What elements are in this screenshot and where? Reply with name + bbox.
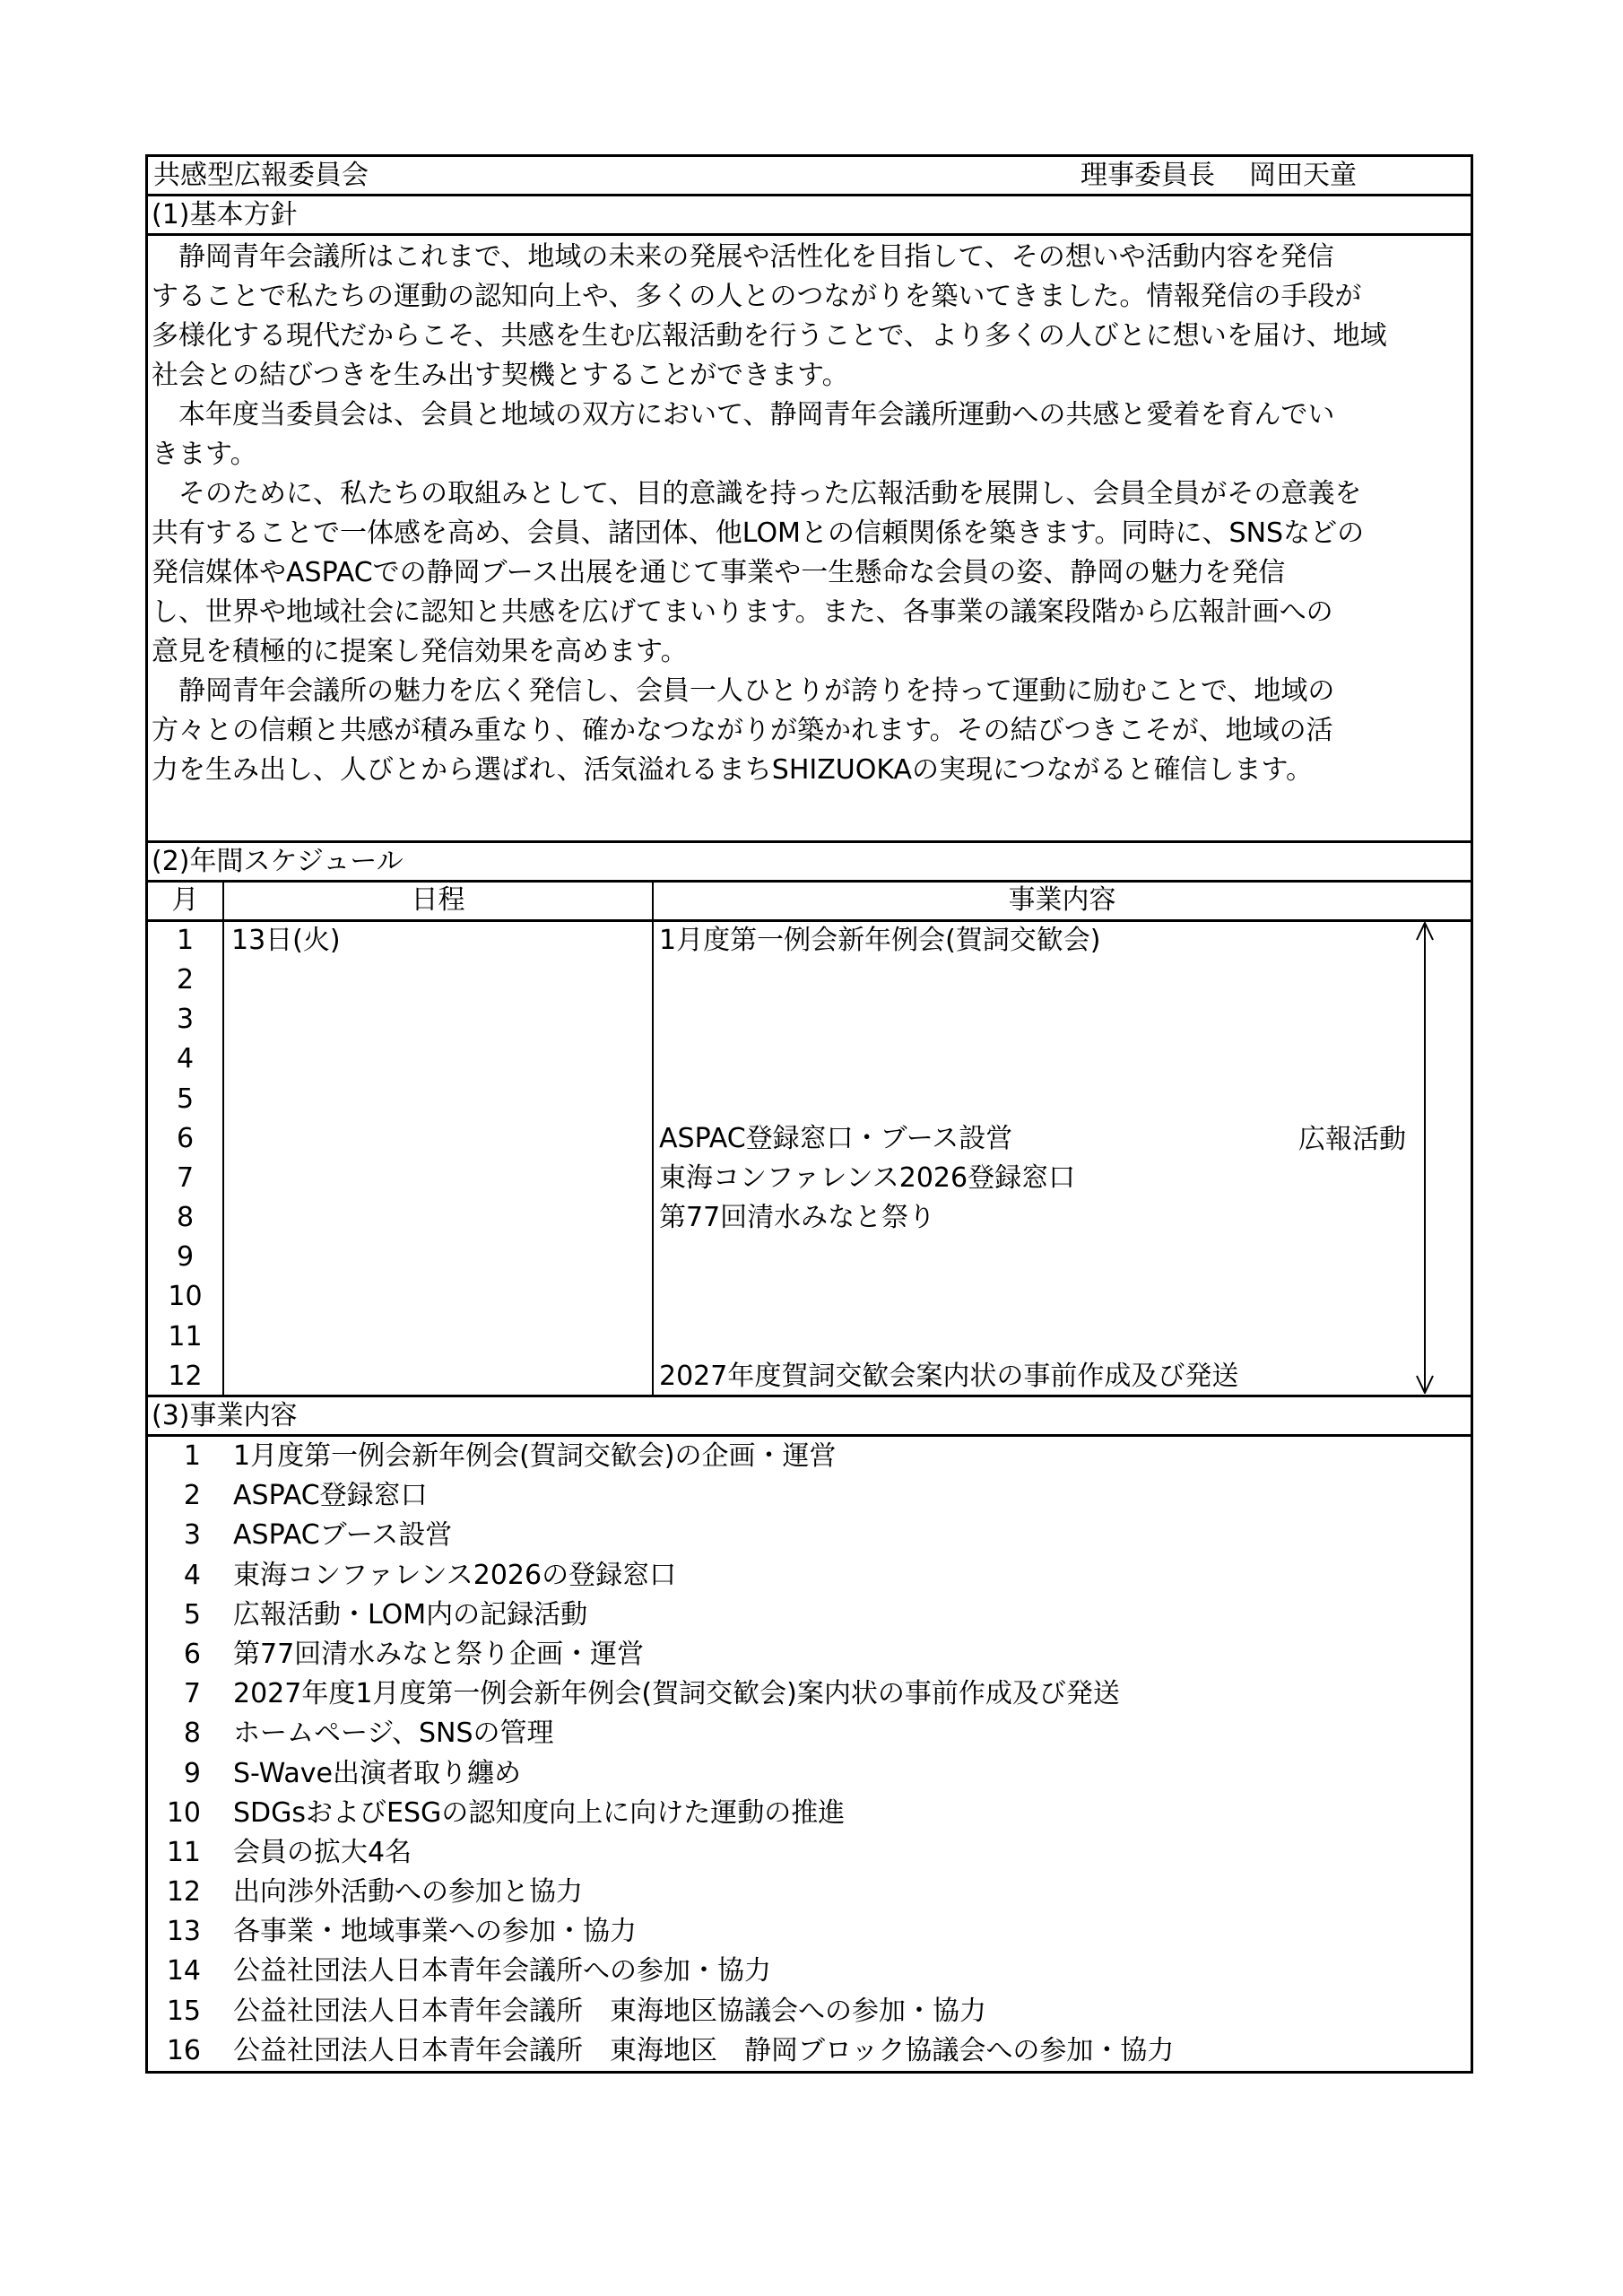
policy-line: し、世界や地域社会に認知と共感を広げてまいります。また、各事業の議案段階から広報… bbox=[152, 593, 1467, 632]
month-cell: 1 bbox=[148, 922, 222, 961]
list-item-text: 出向渉外活動への参加と協力 bbox=[201, 1874, 583, 1913]
policy-line: 方々との信頼と共感が積み重なり、確かなつながりが築かれます。その結びつきこそが、… bbox=[152, 711, 1467, 751]
list-item: 15公益社団法人日本青年会議所 東海地区協議会への参加・協力 bbox=[148, 1993, 1471, 2032]
list-item-number: 2 bbox=[148, 1477, 201, 1517]
policy-line: 静岡青年会議所の魅力を広く発信し、会員一人ひとりが誇りを持って運動に励むことで、… bbox=[152, 672, 1467, 711]
date-cell bbox=[224, 1040, 652, 1080]
pr-activity-span-label: 広報活動 bbox=[1298, 1121, 1406, 1159]
list-item-number: 6 bbox=[148, 1636, 201, 1675]
list-item: 2ASPAC登録窓口 bbox=[148, 1477, 1471, 1517]
month-cell: 8 bbox=[148, 1199, 222, 1239]
schedule-heading-label: (2)年間スケジュール bbox=[152, 844, 404, 880]
list-item-number: 1 bbox=[148, 1438, 201, 1477]
list-item: 13各事業・地域事業への参加・協力 bbox=[148, 1913, 1471, 1952]
policy-line: 力を生み出し、人びとから選ばれ、活気溢れるまちSHIZUOKAの実現につながると… bbox=[152, 751, 1467, 790]
content-cell bbox=[654, 1001, 1471, 1040]
chair-role: 理事委員長 bbox=[1081, 158, 1215, 194]
policy-line: 本年度当委員会は、会員と地域の双方において、静岡青年会議所運動への共感と愛着を育… bbox=[152, 396, 1467, 435]
content-column: 1月度第一例会新年例会(賀詞交歓会) ASPAC登録窓口・ブース設営 東海コンフ… bbox=[654, 922, 1471, 1395]
content-cell: 2027年度賀詞交歓会案内状の事前作成及び発送 bbox=[654, 1358, 1471, 1397]
plan-sheet: 共感型広報委員会 理事委員長 岡田天童 (1)基本方針 静岡青年会議所はこれまで… bbox=[145, 154, 1473, 2074]
schedule-table-body: 1 2 3 4 5 6 7 8 9 10 11 12 13日(火) bbox=[148, 922, 1471, 1397]
list-item-number: 16 bbox=[148, 2032, 201, 2072]
list-item: 6第77回清水みなと祭り企画・運営 bbox=[148, 1636, 1471, 1675]
list-item: 12出向渉外活動への参加と協力 bbox=[148, 1874, 1471, 1913]
list-item-text: 第77回清水みなと祭り企画・運営 bbox=[201, 1636, 644, 1675]
list-item-number: 15 bbox=[148, 1993, 201, 2032]
list-item-text: 2027年度1月度第一例会新年例会(賀詞交歓会)案内状の事前作成及び発送 bbox=[201, 1675, 1120, 1715]
date-cell bbox=[224, 1199, 652, 1239]
list-item-number: 14 bbox=[148, 1952, 201, 1992]
date-cell: 13日(火) bbox=[224, 922, 652, 961]
content-cell bbox=[654, 1040, 1471, 1080]
policy-line: することで私たちの運動の認知向上や、多くの人とのつながりを築いてきました。情報発… bbox=[152, 277, 1467, 317]
list-item-text: 各事業・地域事業への参加・協力 bbox=[201, 1913, 637, 1952]
content-cell: 東海コンファレンス2026登録窓口 bbox=[654, 1160, 1471, 1199]
list-item-text: 公益社団法人日本青年会議所への参加・協力 bbox=[201, 1952, 771, 1992]
chair-name: 岡田天童 bbox=[1249, 158, 1357, 194]
schedule-column-headers: 月 日程 事業内容 bbox=[148, 883, 1471, 922]
date-cell bbox=[224, 1120, 652, 1160]
list-item-number: 13 bbox=[148, 1913, 201, 1952]
policy-line: 発信媒体やASPACでの静岡ブース出展を通じて事業や一生懸命な会員の姿、静岡の魅… bbox=[152, 553, 1467, 593]
list-item-number: 4 bbox=[148, 1557, 201, 1596]
list-item: 3ASPACブース設営 bbox=[148, 1517, 1471, 1556]
content-cell: 第77回清水みなと祭り bbox=[654, 1199, 1471, 1239]
list-item: 11会員の拡大4名 bbox=[148, 1834, 1471, 1874]
projects-heading-label: (3)事業内容 bbox=[152, 1398, 298, 1434]
list-item-number: 7 bbox=[148, 1675, 201, 1715]
list-item: 10SDGsおよびESGの認知度向上に向けた運動の推進 bbox=[148, 1795, 1471, 1834]
month-cell: 5 bbox=[148, 1081, 222, 1120]
month-cell: 3 bbox=[148, 1001, 222, 1040]
schedule-heading: (2)年間スケジュール bbox=[148, 843, 1471, 883]
policy-line: きます。 bbox=[152, 435, 1467, 474]
list-item-number: 9 bbox=[148, 1755, 201, 1795]
date-cell bbox=[224, 1358, 652, 1397]
date-cell bbox=[224, 1160, 652, 1199]
list-item-text: 1月度第一例会新年例会(賀詞交歓会)の企画・運営 bbox=[201, 1438, 837, 1477]
list-item-text: 会員の拡大4名 bbox=[201, 1834, 412, 1874]
policy-heading-label: (1)基本方針 bbox=[152, 197, 298, 233]
list-item-text: S-Wave出演者取り纏め bbox=[201, 1755, 521, 1795]
column-header-date: 日程 bbox=[224, 883, 654, 919]
list-item-number: 5 bbox=[148, 1596, 201, 1636]
list-item-number: 10 bbox=[148, 1795, 201, 1834]
policy-line: 共有することで一体感を高め、会員、諸団体、他LOMとの信頼関係を築きます。同時に… bbox=[152, 514, 1467, 553]
column-header-month: 月 bbox=[148, 883, 224, 919]
month-cell: 9 bbox=[148, 1239, 222, 1278]
list-item: 72027年度1月度第一例会新年例会(賀詞交歓会)案内状の事前作成及び発送 bbox=[148, 1675, 1471, 1715]
list-item-text: ホームページ、SNSの管理 bbox=[201, 1715, 554, 1754]
list-item-text: 広報活動・LOM内の記録活動 bbox=[201, 1596, 587, 1636]
month-cell: 2 bbox=[148, 961, 222, 1001]
month-cell: 7 bbox=[148, 1160, 222, 1199]
list-item-number: 3 bbox=[148, 1517, 201, 1556]
month-cell: 12 bbox=[148, 1358, 222, 1397]
list-item: 14公益社団法人日本青年会議所への参加・協力 bbox=[148, 1952, 1471, 1992]
content-cell bbox=[654, 1081, 1471, 1120]
date-cell bbox=[224, 1239, 652, 1278]
list-item-number: 12 bbox=[148, 1874, 201, 1913]
date-cell bbox=[224, 961, 652, 1001]
list-item-text: ASPACブース設営 bbox=[201, 1517, 452, 1556]
list-item-number: 11 bbox=[148, 1834, 201, 1874]
list-item: 16公益社団法人日本青年会議所 東海地区 静岡ブロック協議会への参加・協力 bbox=[148, 2032, 1471, 2072]
date-cell bbox=[224, 1001, 652, 1040]
projects-heading: (3)事業内容 bbox=[148, 1397, 1471, 1437]
column-header-content: 事業内容 bbox=[654, 883, 1471, 919]
list-item: 11月度第一例会新年例会(賀詞交歓会)の企画・運営 bbox=[148, 1438, 1471, 1477]
date-column: 13日(火) bbox=[224, 922, 654, 1395]
month-cell: 6 bbox=[148, 1120, 222, 1160]
policy-line: そのために、私たちの取組みとして、目的意識を持った広報活動を展開し、会員全員がそ… bbox=[152, 474, 1467, 514]
month-column: 1 2 3 4 5 6 7 8 9 10 11 12 bbox=[148, 922, 224, 1395]
up-down-arrow-icon bbox=[1416, 922, 1434, 1394]
month-cell: 4 bbox=[148, 1040, 222, 1080]
policy-body: 静岡青年会議所はこれまで、地域の未来の発展や活性化を目指して、その想いや活動内容… bbox=[148, 236, 1471, 843]
policy-heading: (1)基本方針 bbox=[148, 196, 1471, 236]
projects-list: 11月度第一例会新年例会(賀詞交歓会)の企画・運営 2ASPAC登録窓口 3AS… bbox=[148, 1437, 1471, 2071]
content-cell bbox=[654, 961, 1471, 1001]
date-cell bbox=[224, 1081, 652, 1120]
list-item-text: 公益社団法人日本青年会議所 東海地区 静岡ブロック協議会への参加・協力 bbox=[201, 2032, 1174, 2072]
month-cell: 10 bbox=[148, 1278, 222, 1318]
list-item: 5広報活動・LOM内の記録活動 bbox=[148, 1596, 1471, 1636]
list-item: 4東海コンファレンス2026の登録窓口 bbox=[148, 1557, 1471, 1596]
content-cell bbox=[654, 1318, 1471, 1358]
list-item-number: 8 bbox=[148, 1715, 201, 1754]
list-item: 8ホームページ、SNSの管理 bbox=[148, 1715, 1471, 1754]
list-item-text: SDGsおよびESGの認知度向上に向けた運動の推進 bbox=[201, 1795, 845, 1834]
content-cell: 1月度第一例会新年例会(賀詞交歓会) bbox=[654, 922, 1471, 961]
list-item-text: ASPAC登録窓口 bbox=[201, 1477, 428, 1517]
policy-line: 多様化する現代だからこそ、共感を生む広報活動を行うことで、より多くの人びとに想い… bbox=[152, 317, 1467, 356]
policy-line: 社会との結びつきを生み出す契機とすることができます。 bbox=[152, 356, 1467, 396]
policy-line: 意見を積極的に提案し発信効果を高めます。 bbox=[152, 632, 1467, 672]
date-cell bbox=[224, 1278, 652, 1318]
date-cell bbox=[224, 1318, 652, 1358]
month-cell: 11 bbox=[148, 1318, 222, 1358]
content-cell bbox=[654, 1278, 1471, 1318]
content-cell bbox=[654, 1239, 1471, 1278]
list-item-text: 公益社団法人日本青年会議所 東海地区協議会への参加・協力 bbox=[201, 1993, 986, 2032]
list-item: 9S-Wave出演者取り纏め bbox=[148, 1755, 1471, 1795]
list-item-text: 東海コンファレンス2026の登録窓口 bbox=[201, 1557, 676, 1596]
title-row: 共感型広報委員会 理事委員長 岡田天童 bbox=[148, 157, 1471, 196]
policy-line: 静岡青年会議所はこれまで、地域の未来の発展や活性化を目指して、その想いや活動内容… bbox=[152, 238, 1467, 277]
